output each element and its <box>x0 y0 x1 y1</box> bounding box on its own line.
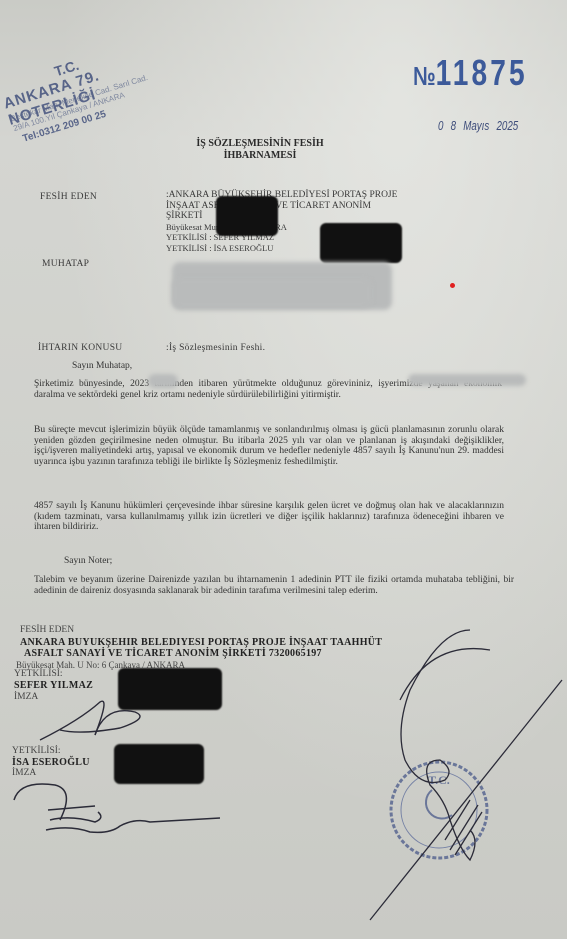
signature-2 <box>14 784 220 832</box>
signatures-and-seal: T.C. <box>0 0 567 939</box>
official-seal: T.C. <box>391 762 487 858</box>
seal-text: T.C. <box>428 773 450 787</box>
notary-signature <box>370 630 562 920</box>
scanned-document-page: T.C. ANKARA 79. NOTERLİĞİ Bestekar Mah. … <box>0 0 567 939</box>
signature-1 <box>40 701 140 740</box>
